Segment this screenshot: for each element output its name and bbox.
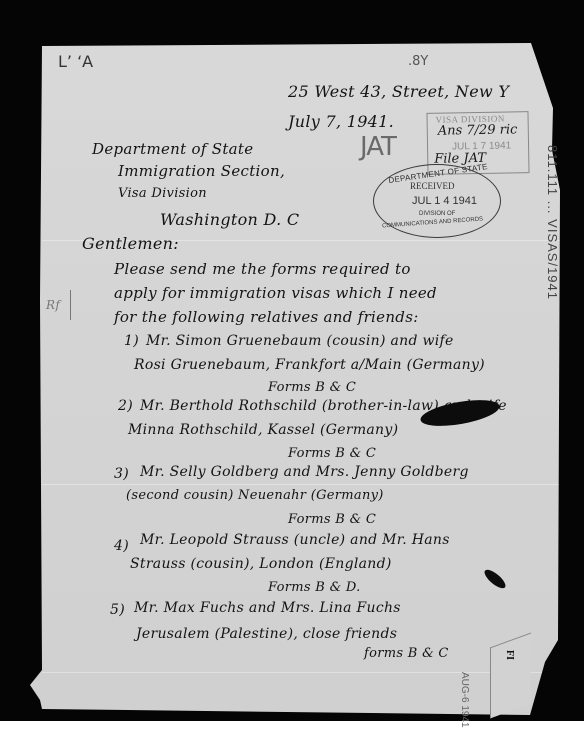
- entry-number: 4): [114, 538, 129, 554]
- letter-date: July 7, 1941.: [288, 112, 394, 131]
- fold-line: [42, 672, 560, 673]
- salutation: Gentlemen:: [82, 234, 179, 253]
- department-of-state-received-stamp: DEPARTMENT OF STATE RECEIVED JUL 1 4 194…: [373, 164, 501, 238]
- body-line-2: apply for immigration visas which I need: [114, 284, 437, 302]
- entry-number: 1): [124, 333, 139, 349]
- entry-line-2: Rosi Gruenebaum, Frankfort a/Main (Germa…: [134, 357, 485, 373]
- stamp-arc-bottom: COMMUNICATIONS AND RECORDS: [382, 216, 483, 229]
- stamp-division: DIVISION OF: [419, 211, 455, 217]
- entry-line-2: Jerusalem (Palestine), close friends: [136, 626, 397, 642]
- margin-note: Rf: [46, 298, 60, 312]
- sender-address: 25 West 43, Street, New Y: [288, 82, 509, 101]
- fold-line: [42, 484, 560, 485]
- body-line-3: for the following relatives and friends:: [114, 308, 419, 326]
- entry-line-2: Strauss (cousin), London (England): [130, 556, 392, 572]
- entry-line-2: Minna Rothschild, Kassel (Germany): [128, 422, 398, 438]
- entry-forms: Forms B & C: [288, 512, 376, 527]
- folded-corner: [490, 633, 531, 719]
- fi-stamp: FI: [504, 650, 515, 660]
- initials-jat: JAT: [360, 132, 396, 162]
- margin-line: [70, 290, 71, 320]
- aug-date-stamp: AUG-6 1941: [459, 672, 470, 728]
- recipient-line-1: Department of State: [92, 140, 253, 158]
- recipient-line-4: Washington D. C: [160, 210, 299, 229]
- top-left-mark: L’ ‘A: [58, 52, 93, 71]
- entry-line-1: Mr. Leopold Strauss (uncle) and Mr. Hans: [140, 532, 450, 548]
- entry-forms: Forms B & C: [268, 380, 356, 395]
- entry-line-1: Mr. Selly Goldberg and Mrs. Jenny Goldbe…: [140, 464, 469, 480]
- entry-forms: forms B & C: [364, 646, 449, 661]
- recipient-line-2: Immigration Section,: [118, 162, 285, 180]
- stamp-date: JUL 1 4 1941: [412, 195, 477, 207]
- stamp-received: RECEIVED: [410, 181, 455, 191]
- answered-annotation: Ans 7/29 ric: [438, 122, 518, 138]
- entry-number: 3): [114, 466, 129, 482]
- entry-forms: Forms B & D.: [268, 580, 361, 595]
- file-number-edge-stamp: 811.111 ... VISAS/1941: [545, 145, 560, 300]
- recipient-line-3: Visa Division: [118, 186, 207, 201]
- entry-forms: Forms B & C: [288, 446, 376, 461]
- entry-line-2: (second cousin) Neuenahr (Germany): [126, 488, 384, 503]
- body-line-1: Please send me the forms required to: [114, 260, 411, 278]
- entry-number: 5): [110, 602, 125, 618]
- entry-line-1: Mr. Max Fuchs and Mrs. Lina Fuchs: [134, 600, 401, 616]
- top-right-mark: .8Y: [408, 54, 428, 69]
- entry-line-1: Mr. Simon Gruenebaum (cousin) and wife: [146, 333, 454, 349]
- entry-number: 2): [118, 398, 133, 414]
